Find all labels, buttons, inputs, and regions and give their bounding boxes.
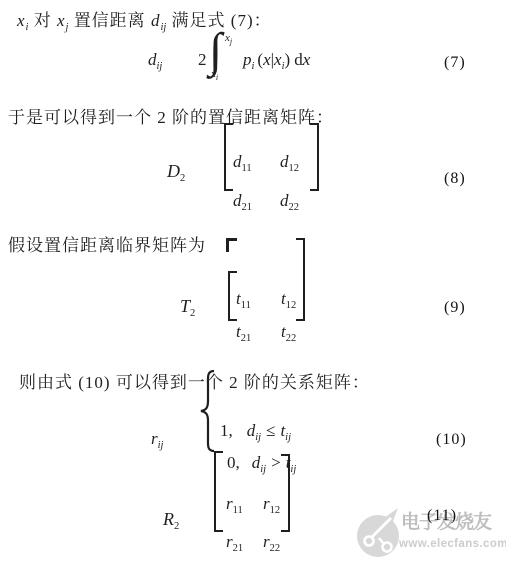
d2-order-sub: 2: [180, 173, 185, 184]
watermark-logo-icon: [356, 505, 402, 560]
scan-bracket-corner-artifact: [226, 238, 237, 252]
matrix-d2-label: D2: [167, 161, 185, 184]
r2-letter: R: [163, 509, 174, 529]
lower-sub: i: [216, 73, 218, 82]
matrix-cell-t11: t11: [236, 289, 251, 311]
matrix-cell-t21: t21: [236, 322, 251, 344]
matrix-cell-t12: t12: [281, 289, 296, 311]
upper-sub: j: [230, 37, 232, 46]
curly-brace: [199, 369, 217, 453]
r2-order-sub: 2: [174, 521, 179, 532]
eq7-lhs: dij: [148, 50, 162, 72]
cell-var: d: [233, 191, 242, 210]
matrix-cell-t22: t22: [281, 322, 296, 344]
eq-number-11: (11): [427, 507, 457, 525]
cell-sub: 11: [233, 505, 243, 516]
case2-value: 0,: [227, 453, 240, 472]
t2-order-sub: 2: [190, 308, 195, 319]
cell-sub: 21: [241, 333, 252, 344]
cell-var: r: [263, 494, 270, 513]
eq7-integrand: pi(x|xi)dx: [243, 50, 310, 72]
eq-number-7: (7): [444, 54, 466, 72]
cell-sub: 11: [241, 300, 251, 311]
matrix-cell-d12: d12: [280, 152, 299, 174]
cell-var: d: [280, 152, 289, 171]
matrix-t2-label: T2: [180, 296, 195, 319]
cell-sub: 21: [233, 543, 244, 554]
eq-number-10: (10): [436, 431, 467, 449]
para-confidence-intro: xi 对 xj 置信距离 dij 满足式 (7)：: [17, 6, 272, 33]
case2-d: d: [252, 453, 261, 472]
cell-sub: 21: [242, 202, 253, 213]
matrix-cell-r12: r12: [263, 494, 280, 516]
r2-bracket-left: [214, 451, 223, 532]
density-var: p: [243, 50, 252, 69]
case2-d-sub: ij: [260, 464, 266, 475]
cell-sub: 12: [289, 163, 300, 174]
d2-letter: D: [167, 161, 180, 181]
matrix-cell-r22: r22: [263, 532, 280, 554]
eq-number-8: (8): [444, 170, 466, 188]
cell-var: r: [226, 494, 233, 513]
case1-d: d: [247, 421, 256, 440]
case1-t-sub: ij: [285, 432, 291, 443]
eq10-lhs: rij: [151, 429, 163, 451]
r2-bracket-right: [281, 454, 290, 532]
rij-letter: r: [151, 429, 158, 448]
scanned-paper-page: xi 对 xj 置信距离 dij 满足式 (7)： dij 2 ∫ xj xi …: [0, 0, 506, 563]
cond-x: x: [274, 50, 282, 69]
integral-lower-limit: xi: [211, 68, 218, 82]
matrix-cell-r11: r11: [226, 494, 243, 516]
case2-t-sub: ij: [290, 464, 296, 475]
paren-close: ): [285, 50, 291, 69]
differential-d: d: [294, 50, 303, 69]
matrix-cell-r21: r21: [226, 532, 243, 554]
density-sub: i: [252, 61, 255, 72]
text-dui: 对: [28, 11, 57, 30]
matrix-cell-d22: d22: [280, 191, 299, 213]
eq7-lhs-var: d: [148, 50, 157, 69]
case1-d-sub: ij: [255, 432, 261, 443]
leq-sign: ≤: [266, 421, 275, 440]
text-confidence-distance: 置信距离: [68, 11, 151, 30]
cell-sub: 22: [286, 333, 297, 344]
eq7-lhs-sub: ij: [157, 61, 163, 72]
matrix-cell-d21: d21: [233, 191, 252, 213]
cell-sub: 12: [286, 300, 297, 311]
cell-sub: 22: [289, 202, 300, 213]
cell-sub: 22: [270, 543, 281, 554]
t2-bracket-right: [296, 238, 305, 321]
cell-var: r: [226, 532, 233, 551]
t2-letter: T: [180, 296, 190, 316]
cell-var: d: [280, 191, 289, 210]
cell-var: d: [233, 152, 242, 171]
eq7-coefficient: 2: [198, 50, 207, 70]
math-var-xi: x: [17, 11, 26, 30]
case1-value: 1,: [220, 421, 233, 440]
math-var-dij: d: [151, 11, 161, 30]
para-matrix-intro: 于是可以得到一个 2 阶的置信距离矩阵：: [8, 103, 334, 128]
matrix-cell-d11: d11: [233, 152, 252, 174]
cell-sub: 11: [242, 163, 252, 174]
arg-x: x: [263, 50, 271, 69]
rij-sub: ij: [158, 440, 164, 451]
case-row-1: 1,dij≤tij: [220, 421, 291, 443]
d2-bracket-left: [224, 123, 233, 191]
eq-number-9: (9): [444, 299, 466, 317]
cell-sub: 12: [270, 505, 281, 516]
para-relation-intro: 则由式 (10) 可以得到一个 2 阶的关系矩阵：: [19, 368, 370, 393]
watermark-url-text: www.elecfans.com: [399, 538, 506, 550]
differential-x: x: [303, 50, 311, 69]
matrix-r2-label: R2: [163, 509, 179, 532]
math-var-xj: x: [57, 11, 66, 30]
gt-sign: >: [271, 453, 281, 472]
para-threshold-intro: 假设置信距离临界矩阵为: [8, 231, 206, 256]
cell-var: r: [263, 532, 270, 551]
integral-upper-limit: xj: [225, 32, 232, 46]
d2-bracket-right: [310, 123, 319, 191]
